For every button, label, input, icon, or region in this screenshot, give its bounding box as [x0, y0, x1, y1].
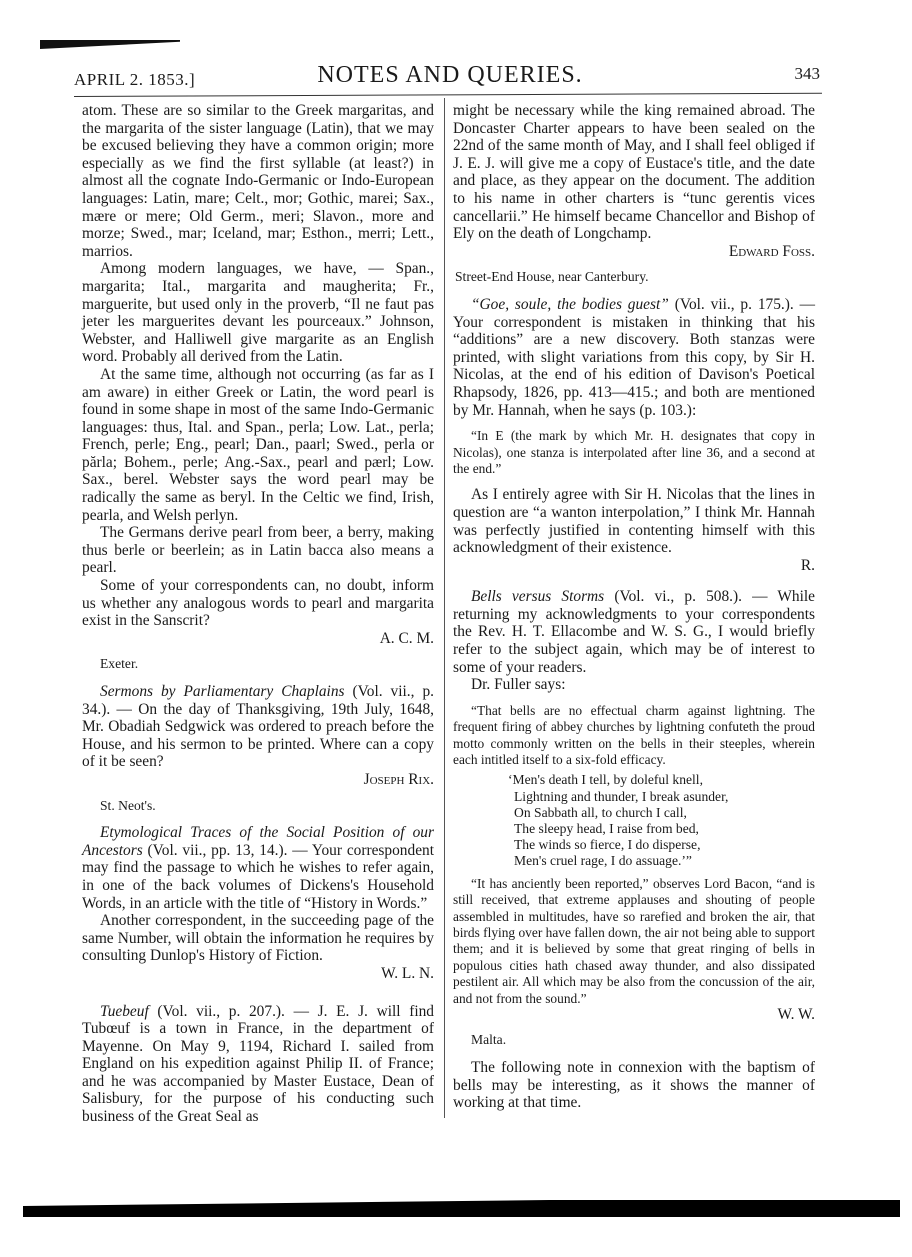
paragraph-text: might be necessary while the king remain…: [453, 102, 815, 242]
verse-line: The winds so fierce, I do disperse,: [508, 837, 815, 853]
verse-line: The sleepy head, I raise from bed,: [508, 821, 815, 837]
verse-line: ‘Men's death I tell, by doleful knell,: [508, 772, 815, 788]
paragraph: The Germans derive pearl from beer, a be…: [82, 524, 434, 577]
query-sermons: Sermons by Parliamentary Chaplains (Vol.…: [82, 683, 434, 789]
reply-title: Bells versus Storms: [471, 588, 604, 605]
page-number: 343: [795, 64, 821, 84]
place-line: Street-End House, near Canterbury.: [455, 268, 815, 286]
paragraph-text: Another correspondent, in the succeeding…: [82, 912, 434, 964]
reply-etymological: Etymological Traces of the Social Positi…: [82, 824, 434, 912]
signature: Joseph Rix.: [82, 771, 434, 789]
paragraph: The following note in connexion with the…: [453, 1059, 815, 1112]
right-column: might be necessary while the king remain…: [453, 102, 815, 1112]
place-line: Exeter.: [100, 655, 434, 673]
paragraph: At the same time, although not occurring…: [82, 366, 434, 524]
paragraph: Dr. Fuller says:: [453, 676, 815, 694]
column-divider: [444, 98, 445, 1118]
quotation: “In E (the mark by which Mr. H. designat…: [453, 428, 815, 477]
quotation: “It has anciently been reported,” observ…: [453, 876, 815, 1024]
paragraph: might be necessary while the king remain…: [453, 102, 815, 260]
reply-tuebeuf: Tuebeuf (Vol. vii., p. 207.). — J. E. J.…: [82, 1003, 434, 1126]
paragraph: Among modern languages, we have, — Span.…: [82, 260, 434, 366]
signature: W. L. N.: [82, 965, 434, 983]
verse-line: On Sabbath all, to church I call,: [508, 805, 815, 821]
verse-block: ‘Men's death I tell, by doleful knell, L…: [508, 772, 815, 869]
reply-title: “Goe, soule, the bodies guest”: [471, 296, 669, 313]
page-header: APRIL 2. 1853.] NOTES AND QUERIES. 343: [74, 58, 826, 98]
bottom-decorative-bar: [23, 1200, 900, 1217]
paragraph: Some of your correspondents can, no doub…: [82, 577, 434, 647]
reply-body: (Vol. vii., p. 207.). — J. E. J. will fi…: [82, 1003, 434, 1126]
query-title: Sermons by Parliamentary Chaplains: [100, 683, 345, 700]
place-line: Malta.: [471, 1031, 815, 1049]
signature: A. C. M.: [82, 630, 434, 648]
reply-title: Tuebeuf: [100, 1003, 149, 1020]
paragraph: As I entirely agree with Sir H. Nicolas …: [453, 486, 815, 574]
signature: R.: [453, 557, 815, 575]
reply-goe-soule: “Goe, soule, the bodies guest” (Vol. vii…: [453, 296, 815, 419]
paragraph: atom. These are so similar to the Greek …: [82, 102, 434, 260]
quotation-text: “It has anciently been reported,” observ…: [453, 876, 815, 1006]
journal-title: NOTES AND QUERIES.: [74, 62, 826, 89]
paragraph-text: As I entirely agree with Sir H. Nicolas …: [453, 486, 815, 556]
quotation: “That bells are no effectual charm again…: [453, 703, 815, 769]
top-decorative-bar: [40, 40, 180, 49]
reply-bells: Bells versus Storms (Vol. vi., p. 508.).…: [453, 588, 815, 676]
verse-line: Lightning and thunder, I break asunder,: [508, 789, 815, 805]
left-column: atom. These are so similar to the Greek …: [82, 102, 434, 1126]
verse-line: Men's cruel rage, I do assuage.’”: [508, 853, 815, 869]
paragraph-text: Some of your correspondents can, no doub…: [82, 577, 434, 629]
reply-body: (Vol. vii., p. 175.). — Your corresponde…: [453, 296, 815, 419]
signature: Edward Foss.: [453, 243, 815, 261]
signature: W. W.: [453, 1007, 815, 1023]
place-line: St. Neot's.: [100, 797, 434, 815]
paragraph: Another correspondent, in the succeeding…: [82, 912, 434, 982]
